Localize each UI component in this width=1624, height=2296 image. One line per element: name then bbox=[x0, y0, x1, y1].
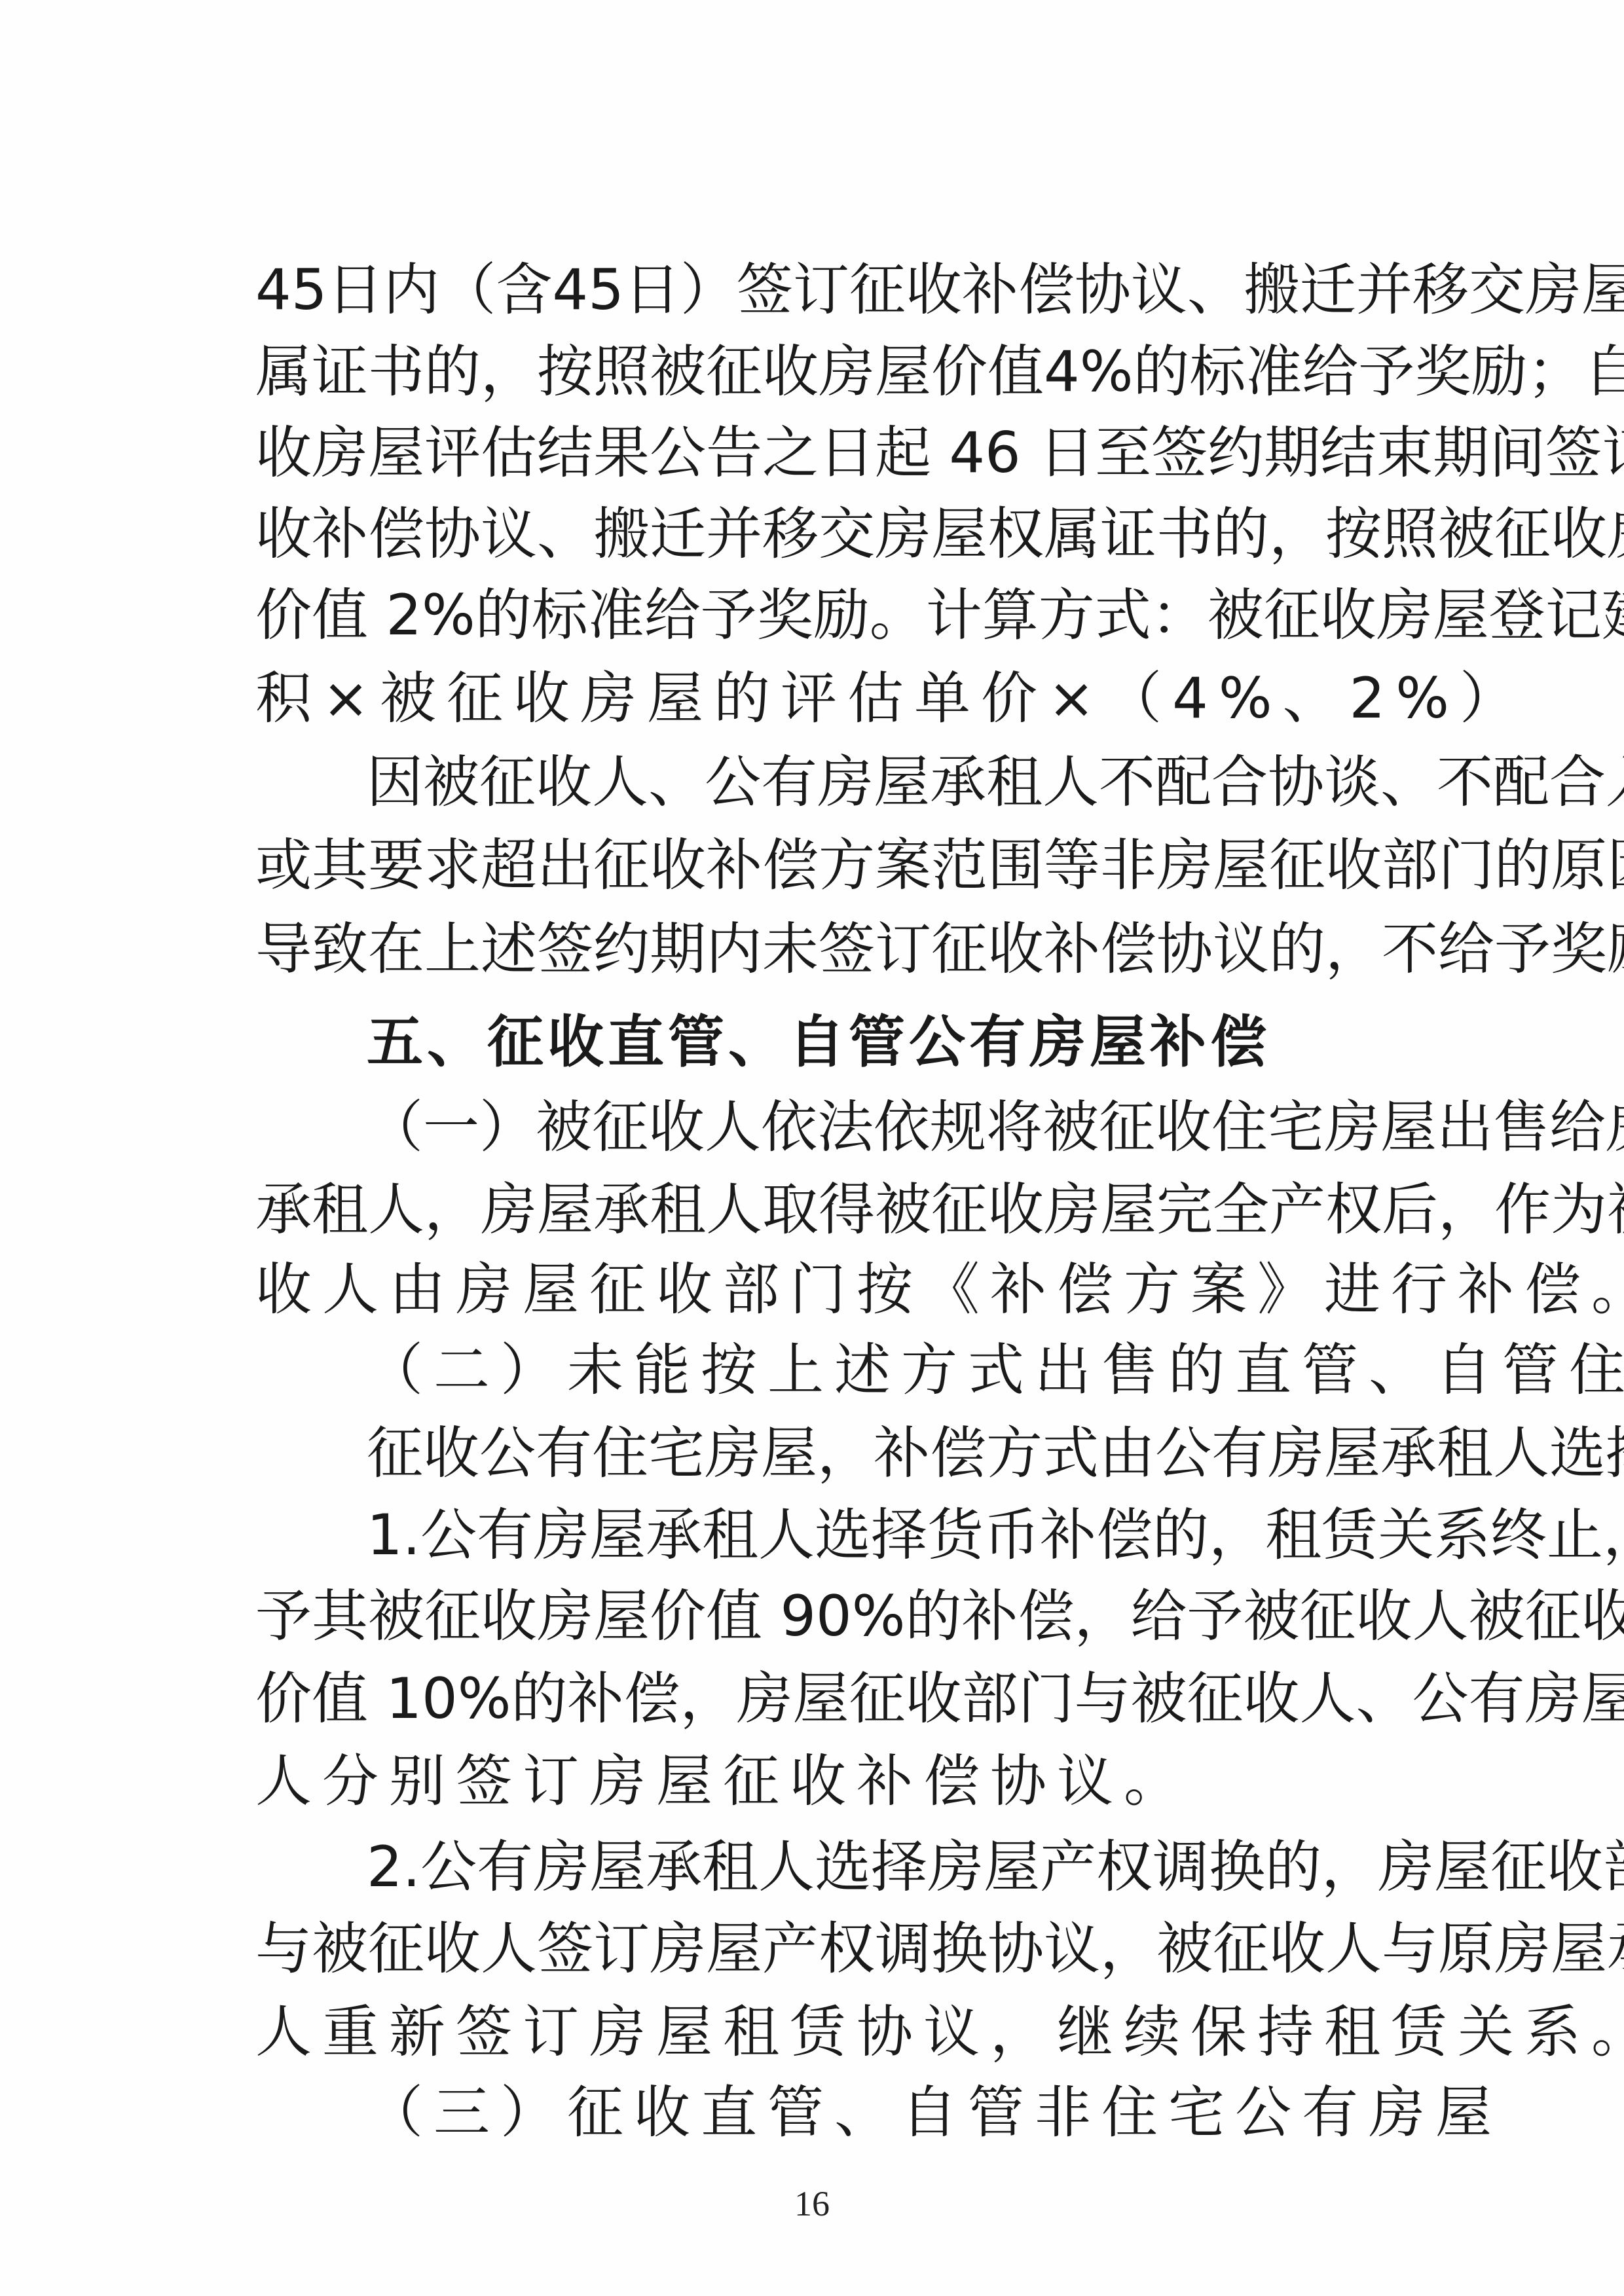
paragraph-line: 导致在上述签约期内未签订征收补偿协议的，不给予奖励。 bbox=[255, 913, 1395, 985]
paragraph-line: （一）被征收人依法依规将被征收住宅房屋出售给房屋 bbox=[367, 1091, 1395, 1163]
paragraph-line: 积×被征收房屋的评估单价×（4%、2%） bbox=[255, 663, 1395, 735]
paragraph-line: 价值 10%的补偿，房屋征收部门与被征收人、公有房屋承租 bbox=[255, 1663, 1395, 1735]
document-page: 45日内（含45日）签订征收补偿协议、搬迁并移交房屋权 属证书的，按照被征收房屋… bbox=[0, 0, 1624, 2296]
paragraph-line: 承租人，房屋承租人取得被征收房屋完全产权后，作为被征 bbox=[255, 1174, 1395, 1246]
section-heading: 五、征收直管、自管公有房屋补偿 bbox=[367, 1006, 1395, 1078]
paragraph-line: 人重新签订房屋租赁协议，继续保持租赁关系。 bbox=[255, 1996, 1395, 2068]
paragraph-line: 或其要求超出征收补偿方案范围等非房屋征收部门的原因， bbox=[255, 829, 1395, 902]
paragraph-line: 人分别签订房屋征收补偿协议。 bbox=[255, 1745, 1395, 1817]
paragraph-line: 收房屋评估结果公告之日起 46 日至签约期结束期间签订征 bbox=[255, 417, 1395, 489]
paragraph-line: 与被征收人签订房屋产权调换协议，被征收人与原房屋承租 bbox=[255, 1913, 1395, 1985]
paragraph-line: 1.公有房屋承租人选择货币补偿的，租赁关系终止，给 bbox=[367, 1499, 1395, 1571]
paragraph-line: 因被征收人、公有房屋承租人不配合协谈、不配合入户 bbox=[367, 746, 1395, 818]
paragraph-line: 属证书的，按照被征收房屋价值4%的标准给予奖励；自被征 bbox=[255, 336, 1395, 408]
paragraph-line: 予其被征收房屋价值 90%的补偿，给予被征收人被征收房屋 bbox=[255, 1580, 1395, 1652]
paragraph-line: 收人由房屋征收部门按《补偿方案》进行补偿。 bbox=[255, 1254, 1395, 1326]
paragraph-line: 2.公有房屋承租人选择房屋产权调换的，房屋征收部门 bbox=[367, 1831, 1395, 1903]
paragraph-line: 价值 2%的标准给予奖励。计算方式：被征收房屋登记建筑面 bbox=[255, 579, 1395, 651]
subsection-heading: （二）未能按上述方式出售的直管、自管住宅房屋 bbox=[367, 1334, 1395, 1406]
paragraph-line: 45日内（含45日）签订征收补偿协议、搬迁并移交房屋权 bbox=[255, 254, 1395, 326]
page-number: 16 bbox=[0, 2183, 1624, 2224]
subsection-heading: （三）征收直管、自管非住宅公有房屋 bbox=[367, 2077, 1395, 2149]
paragraph-line: 收补偿协议、搬迁并移交房屋权属证书的，按照被征收房屋 bbox=[255, 498, 1395, 570]
paragraph-line: 征收公有住宅房屋，补偿方式由公有房屋承租人选择。 bbox=[367, 1417, 1395, 1489]
